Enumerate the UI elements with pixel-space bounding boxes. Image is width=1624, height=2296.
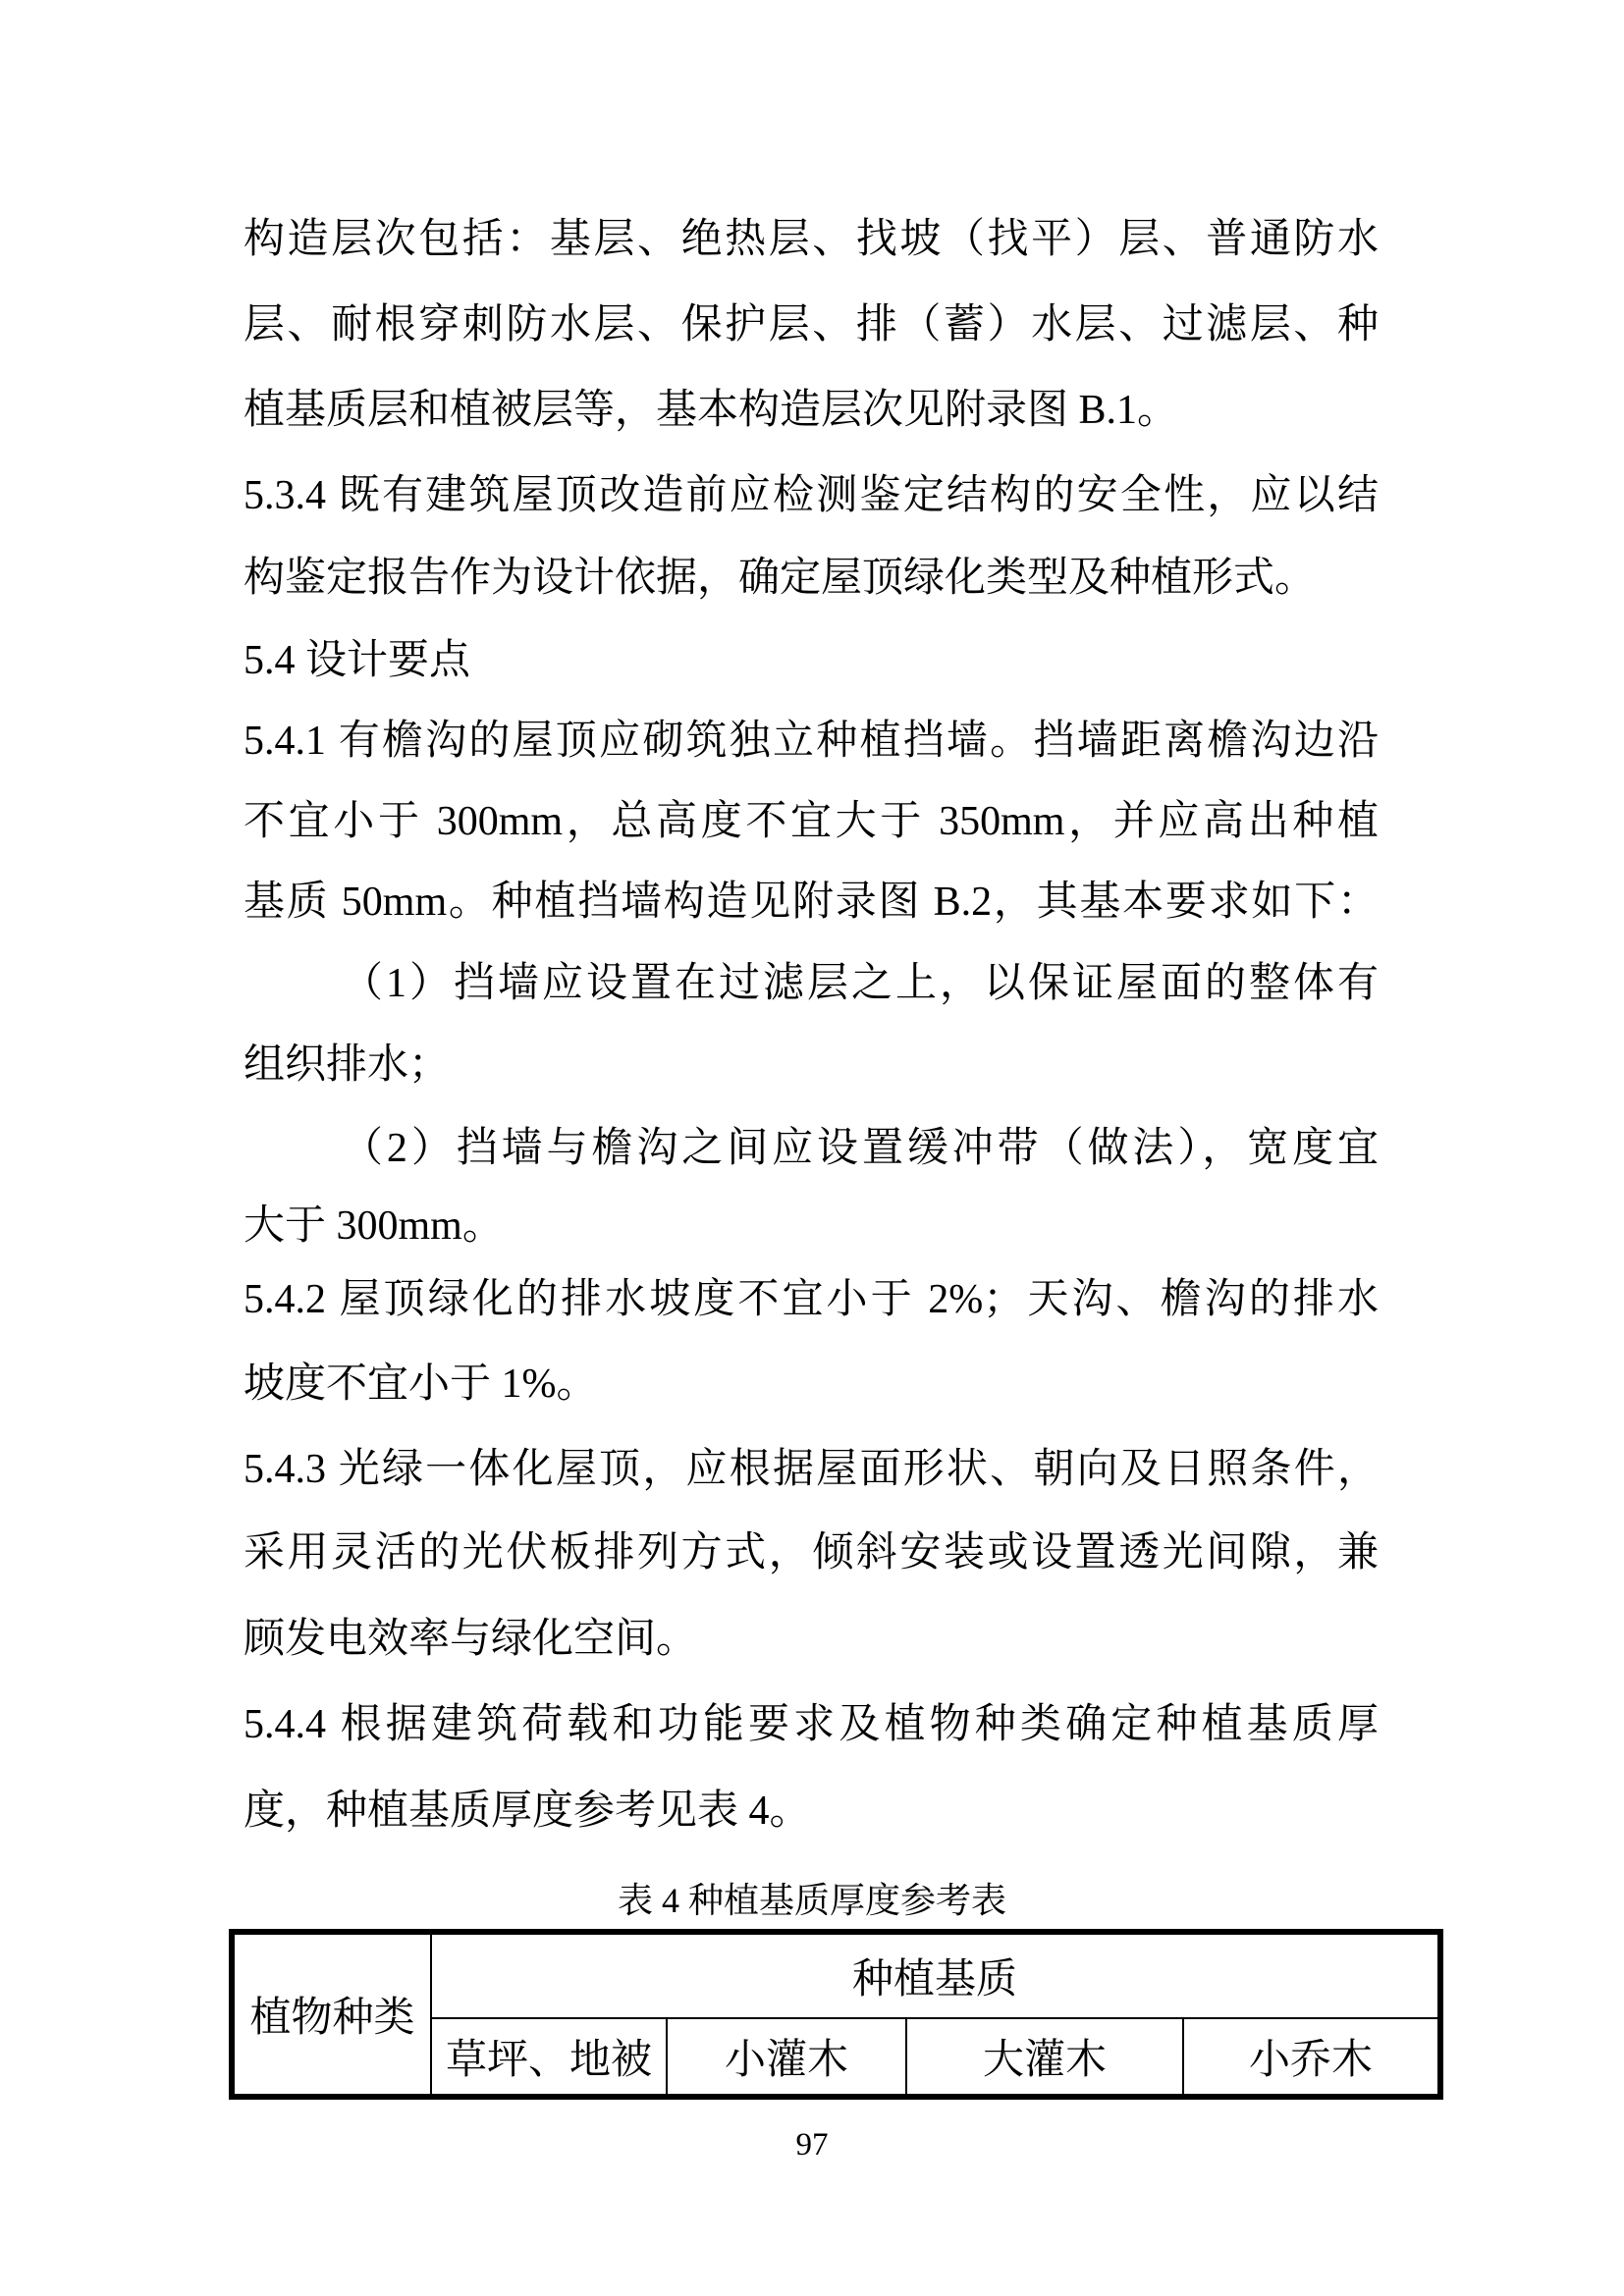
section-5-4-1-line: 5.4.1 有檐沟的屋顶应砌筑独立种植挡墙。挡墙距离檐沟边沿: [244, 717, 1379, 766]
text-line: 不宜小于 300mm，总高度不宜大于 350mm，并应高出种植: [244, 797, 1379, 846]
section-5-4-2-line: 5.4.2 屋顶绿化的排水坡度不宜小于 2%；天沟、檐沟的排水: [244, 1275, 1379, 1324]
text-line: 组织排水；: [244, 1041, 1379, 1090]
text-line: 采用灵活的光伏板排列方式，倾斜安装或设置透光间隙，兼: [244, 1528, 1379, 1577]
table-header-plant-type: 植物种类: [235, 1935, 431, 2094]
table-col-large-shrub: 大灌木: [906, 2018, 1183, 2094]
section-5-4-3-line: 5.4.3 光绿一体化屋顶，应根据屋面形状、朝向及日照条件，: [244, 1445, 1379, 1494]
substrate-thickness-table: 植物种类 种植基质 草坪、地被 小灌木 大灌木 小乔木: [229, 1929, 1443, 2100]
table-header-substrate: 种植基质: [431, 1935, 1437, 2018]
text-line: 度，种植基质厚度参考见表 4。: [244, 1787, 1379, 1836]
text-line: 植基质层和植被层等，基本构造层次见附录图 B.1。: [244, 386, 1379, 435]
text-line: 构造层次包括：基层、绝热层、找坡（找平）层、普通防水: [244, 215, 1379, 264]
text-line: 顾发电效率与绿化空间。: [244, 1615, 1379, 1664]
page-number: 97: [0, 2125, 1624, 2164]
section-5-4-heading: 5.4 设计要点: [244, 636, 1379, 685]
text-line: 构鉴定报告作为设计依据，确定屋顶绿化类型及种植形式。: [244, 554, 1379, 603]
list-item-2-line: （2）挡墙与檐沟之间应设置缓冲带（做法），宽度宜: [244, 1124, 1379, 1173]
section-5-3-4-line: 5.3.4 既有建筑屋顶改造前应检测鉴定结构的安全性，应以结: [244, 471, 1379, 520]
text-line: 坡度不宜小于 1%。: [244, 1360, 1379, 1409]
text-line: 层、耐根穿刺防水层、保护层、排（蓄）水层、过滤层、种: [244, 300, 1379, 349]
document-page: 构造层次包括：基层、绝热层、找坡（找平）层、普通防水 层、耐根穿刺防水层、保护层…: [0, 0, 1624, 2296]
list-item-1-line: （1）挡墙应设置在过滤层之上，以保证屋面的整体有: [244, 959, 1379, 1008]
text-line: 大于 300mm。: [244, 1201, 1379, 1251]
section-5-4-4-line: 5.4.4 根据建筑荷载和功能要求及植物种类确定种植基质厚: [244, 1700, 1379, 1749]
table-caption: 表 4 种植基质厚度参考表: [0, 1879, 1624, 1922]
text-line: 基质 50mm。种植挡墙构造见附录图 B.2，其基本要求如下：: [244, 878, 1379, 927]
table-col-small-shrub: 小灌木: [667, 2018, 906, 2094]
table-col-small-tree: 小乔木: [1183, 2018, 1437, 2094]
table-col-lawn-groundcover: 草坪、地被: [431, 2018, 667, 2094]
